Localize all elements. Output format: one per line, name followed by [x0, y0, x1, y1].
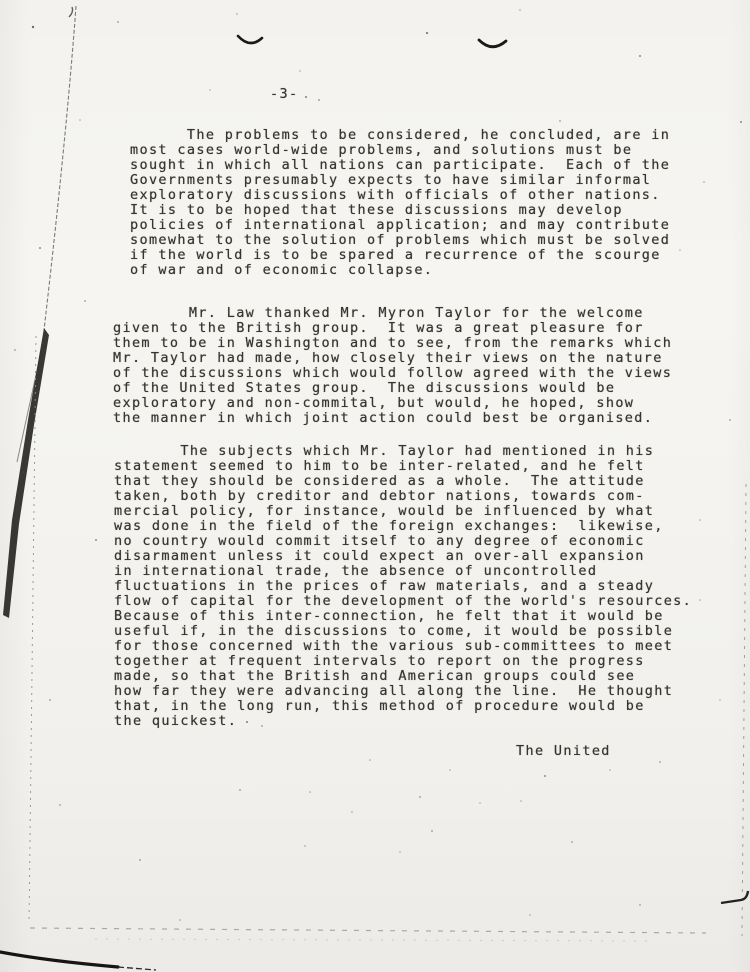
text-line: Governments presumably expects to have s… — [130, 173, 670, 188]
text-line: The problems to be considered, he conclu… — [130, 128, 670, 143]
text-line: Because of this inter-connection, he fel… — [114, 609, 692, 624]
text-line: flow of capital for the development of t… — [114, 594, 692, 609]
text-line: of the United States group. The discussi… — [113, 381, 672, 396]
binder-mark-left-icon — [238, 36, 262, 43]
text-line: somewhat to the solution of problems whi… — [130, 233, 670, 248]
text-line: useful if, in the discussions to come, i… — [114, 624, 692, 639]
paragraph-2: Mr. Law thanked Mr. Myron Taylor for the… — [113, 306, 672, 426]
text-line: that they should be considered as a whol… — [114, 474, 692, 489]
scanned-document-page: -3- The problems to be considered, he co… — [0, 0, 750, 972]
text-line: how far they were advancing all along th… — [114, 684, 692, 699]
paragraph-1: The problems to be considered, he conclu… — [130, 128, 670, 278]
right-edge-hook-mark — [721, 891, 748, 903]
crease-streak — [3, 328, 49, 618]
paragraph-3: The subjects which Mr. Taylor had mentio… — [114, 444, 692, 729]
scratch-line — [44, 6, 76, 330]
binder-mark-right-icon — [479, 40, 506, 47]
text-line: Mr. Law thanked Mr. Myron Taylor for the… — [113, 306, 672, 321]
text-line: was done in the field of the foreign exc… — [114, 519, 692, 534]
text-line: mercial policy, for instance, would be i… — [114, 504, 692, 519]
bottom-corner-streak — [0, 952, 118, 967]
text-line: taken, both by creditor and debtor natio… — [114, 489, 692, 504]
text-line: It is to be hoped that these discussions… — [130, 203, 670, 218]
text-line: Mr. Taylor had made, how closely their v… — [113, 351, 672, 366]
text-line: sought in which all nations can particip… — [130, 158, 670, 173]
text-line: that, in the long run, this method of pr… — [114, 699, 692, 714]
text-line: them to be in Washington and to see, fro… — [113, 336, 672, 351]
page-number: -3- — [270, 87, 298, 102]
text-line: together at frequent intervals to report… — [114, 654, 692, 669]
text-line: fluctuations in the prices of raw materi… — [114, 579, 692, 594]
under-page-edge-left — [29, 336, 36, 924]
text-line: of war and of economic collapse. — [130, 263, 670, 278]
text-line: disarmament unless it could expect an ov… — [114, 549, 692, 564]
text-line: exploratory and non-commital, but would,… — [113, 396, 672, 411]
corner-tick-mark — [69, 7, 73, 17]
text-line: made, so that the British and American g… — [114, 669, 692, 684]
text-line: most cases world-wide problems, and solu… — [130, 143, 670, 158]
under-page-edge-bottom-faint — [95, 939, 650, 941]
text-line: given to the British group. It was a gre… — [113, 321, 672, 336]
text-line: no country would commit itself to any de… — [114, 534, 692, 549]
catchword: The United — [516, 744, 611, 759]
text-line: the quickest. — [114, 714, 692, 729]
text-line: if the world is to be spared a recurrenc… — [130, 248, 670, 263]
text-line: the manner in which joint action could b… — [113, 411, 672, 426]
bottom-corner-streak-tail — [118, 967, 156, 970]
text-line: The subjects which Mr. Taylor had mentio… — [114, 444, 692, 459]
text-line: of the discussions which would follow ag… — [113, 366, 672, 381]
under-page-edge-bottom — [30, 928, 706, 933]
text-line: exploratory discussions with officials o… — [130, 188, 670, 203]
text-line: policies of international application; a… — [130, 218, 670, 233]
text-line: for those concerned with the various sub… — [114, 639, 692, 654]
text-line: in international trade, the absence of u… — [114, 564, 692, 579]
right-page-edge — [742, 484, 746, 936]
crease-streak-branch — [17, 352, 41, 462]
text-line: statement seemed to him to be inter-rela… — [114, 459, 692, 474]
